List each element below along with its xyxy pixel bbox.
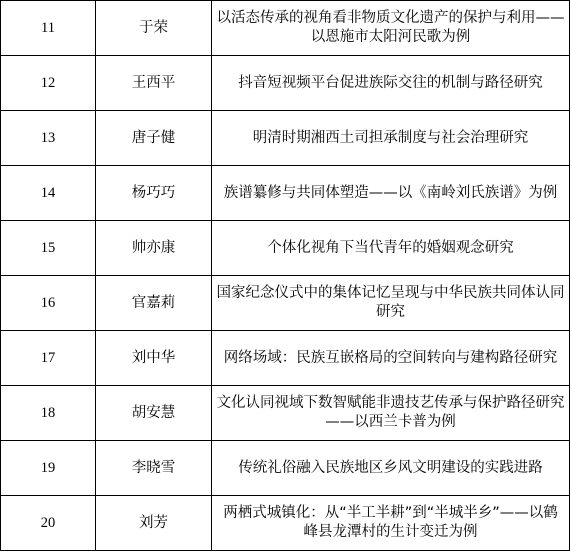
table-row: 14 杨巧巧 族谱纂修与共同体塑造——以《南岭刘氏族谱》为例	[1, 166, 570, 221]
author-name: 官嘉莉	[96, 276, 212, 331]
project-title: 抖音短视频平台促进族际交往的机制与路径研究	[212, 56, 570, 111]
project-title: 以活态传承的视角看非物质文化遗产的保护与利用——以恩施市太阳河民歌为例	[212, 1, 570, 56]
row-number: 19	[1, 441, 96, 496]
project-title: 明清时期湘西土司担承制度与社会治理研究	[212, 111, 570, 166]
row-number: 15	[1, 221, 96, 276]
author-name: 刘中华	[96, 331, 212, 386]
row-number: 16	[1, 276, 96, 331]
author-name: 胡安慧	[96, 386, 212, 441]
author-name: 李晓雪	[96, 441, 212, 496]
table-row: 19 李晓雪 传统礼俗融入民族地区乡风文明建设的实践进路	[1, 441, 570, 496]
project-title: 个体化视角下当代青年的婚姻观念研究	[212, 221, 570, 276]
project-title: 国家纪念仪式中的集体记忆呈现与中华民族共同体认同研究	[212, 276, 570, 331]
row-number: 12	[1, 56, 96, 111]
row-number: 11	[1, 1, 96, 56]
project-title: 文化认同视域下数智赋能非遗技艺传承与保护路径研究——以西兰卡普为例	[212, 386, 570, 441]
project-title: 两栖式城镇化：从“半工半耕”到“半城半乡”——以鹤峰县龙潭村的生计变迁为例	[212, 496, 570, 551]
project-list-table: 11 于荣 以活态传承的视角看非物质文化遗产的保护与利用——以恩施市太阳河民歌为…	[0, 0, 570, 551]
author-name: 帅亦康	[96, 221, 212, 276]
row-number: 17	[1, 331, 96, 386]
author-name: 唐子健	[96, 111, 212, 166]
table-row: 20 刘芳 两栖式城镇化：从“半工半耕”到“半城半乡”——以鹤峰县龙潭村的生计变…	[1, 496, 570, 551]
row-number: 13	[1, 111, 96, 166]
table-row: 18 胡安慧 文化认同视域下数智赋能非遗技艺传承与保护路径研究——以西兰卡普为例	[1, 386, 570, 441]
table-row: 15 帅亦康 个体化视角下当代青年的婚姻观念研究	[1, 221, 570, 276]
table-row: 17 刘中华 网络场域：民族互嵌格局的空间转向与建构路径研究	[1, 331, 570, 386]
row-number: 18	[1, 386, 96, 441]
table-row: 11 于荣 以活态传承的视角看非物质文化遗产的保护与利用——以恩施市太阳河民歌为…	[1, 1, 570, 56]
project-title: 传统礼俗融入民族地区乡风文明建设的实践进路	[212, 441, 570, 496]
author-name: 刘芳	[96, 496, 212, 551]
row-number: 20	[1, 496, 96, 551]
table-row: 12 王西平 抖音短视频平台促进族际交往的机制与路径研究	[1, 56, 570, 111]
project-title: 族谱纂修与共同体塑造——以《南岭刘氏族谱》为例	[212, 166, 570, 221]
author-name: 杨巧巧	[96, 166, 212, 221]
table-row: 13 唐子健 明清时期湘西土司担承制度与社会治理研究	[1, 111, 570, 166]
table-row: 16 官嘉莉 国家纪念仪式中的集体记忆呈现与中华民族共同体认同研究	[1, 276, 570, 331]
row-number: 14	[1, 166, 96, 221]
project-title: 网络场域：民族互嵌格局的空间转向与建构路径研究	[212, 331, 570, 386]
author-name: 王西平	[96, 56, 212, 111]
author-name: 于荣	[96, 1, 212, 56]
